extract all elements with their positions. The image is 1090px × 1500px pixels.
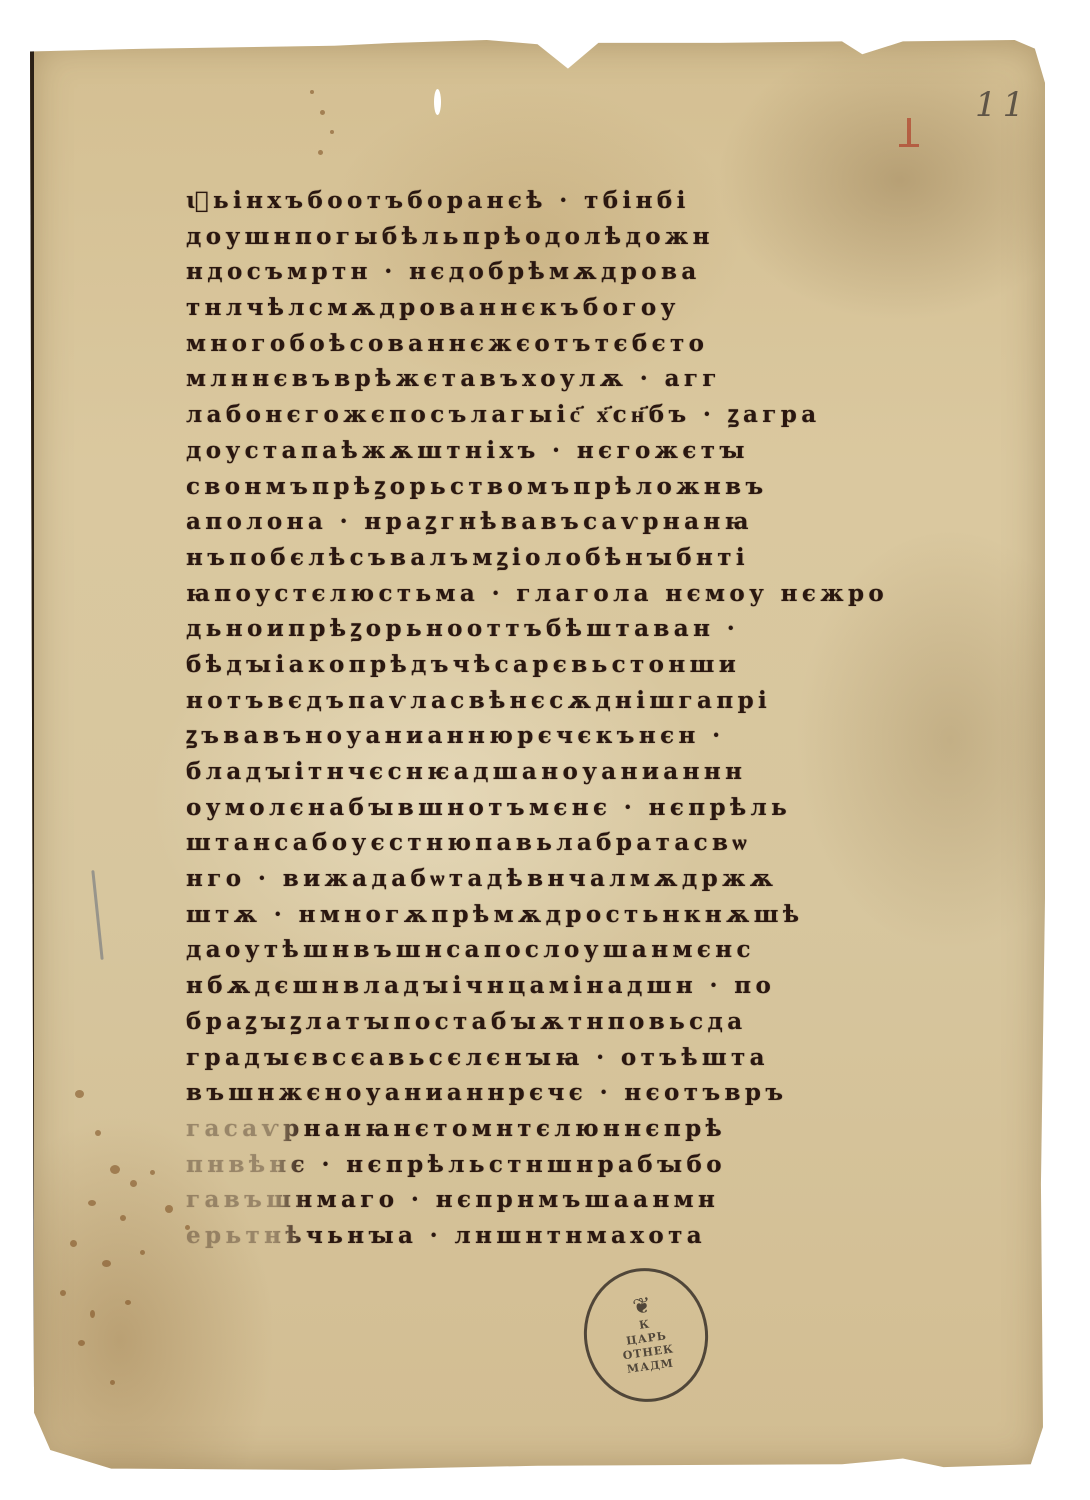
parchment-hole bbox=[434, 89, 441, 115]
text-line-23: нбѫдєшнвладꙑічнцамінадшн · по bbox=[186, 968, 916, 1004]
text-line-16: ꙁъвавъноуанианнюрєчєкънєн · bbox=[186, 718, 916, 754]
text-line-8: доустапаѣжѫштніхъ · нєгожєтꙑ bbox=[186, 433, 916, 469]
text-line-28: пнвѣнє · нєпрѣльстншнрабꙑбо bbox=[186, 1147, 916, 1183]
text-line-9: свонмъпрѣꙁорьствомъпрѣложнвъ bbox=[186, 469, 916, 505]
text-line-10: аполона · нраꙁгнѣвавъсаѵрнанꙗ bbox=[186, 504, 916, 540]
text-line-11: нъпобєлѣсъвалъмꙁіолобѣнꙑбнті bbox=[186, 540, 916, 576]
text-line-2: доушнпогыбѣльпрѣодолѣдожн bbox=[186, 219, 916, 255]
text-line-3: ндосъмртн · нєдобрѣмѫдрова bbox=[186, 254, 916, 290]
text-line-15: нотъвєдъпаѵласвѣнєсѫднішгапрі bbox=[186, 683, 916, 719]
text-line-27: гасаѵрнанꙗнєтомнтєлюннєпрѣ bbox=[186, 1111, 916, 1147]
stamp-crest-icon: ❦ bbox=[631, 1295, 652, 1319]
rubric-marginal-mark bbox=[907, 118, 911, 146]
text-line-24: браꙁꙑꙁлатꙑпостабꙑѫтнповьсда bbox=[186, 1004, 916, 1040]
text-line-21: штѫ · нмногѫпрѣмѫдростьнкнѫшѣ bbox=[186, 897, 916, 933]
text-line-22: даоутѣшнвъшнсапослоушанмєнс bbox=[186, 932, 916, 968]
folio-number: 11 bbox=[975, 85, 1030, 125]
text-line-18: оумолєнабꙑвшнотъмєнє · нєпрѣль bbox=[186, 790, 916, 826]
text-line-25: градꙑєвсєавьсєлєнꙑꙗ · отъѣшта bbox=[186, 1040, 916, 1076]
text-line-6: млннєвъврѣжєтавъхоулѫ · агг bbox=[186, 361, 916, 397]
text-line-20: нго · вижадабѡтадѣвнчалмѫдржѫ bbox=[186, 861, 916, 897]
text-line-4: тнлчѣлсмѫдрованнєкъбогоу bbox=[186, 290, 916, 326]
text-line-1: ꙇⷨьінхъбоотъборанєѣ · тбінбі bbox=[186, 183, 916, 219]
text-line-26: въшнжєноуанианнрєчє · нєотъвръ bbox=[186, 1075, 916, 1111]
text-line-17: бладꙑітнчєснѥадшаноуанианнн bbox=[186, 754, 916, 790]
text-line-29: гавъшнмаго · нєпрнмъшаанмн bbox=[186, 1182, 916, 1218]
text-line-7: лабонєгожєпосълагыіс҃ х҃сн҃бъ · ꙁагра bbox=[186, 397, 916, 433]
text-line-19: штансабоуєстнюпавьлабратасвѡ bbox=[186, 825, 916, 861]
text-line-14: бѣдꙑіакопрѣдъчѣсарєвьстонши bbox=[186, 647, 916, 683]
text-line-5: многобоѣсованнєжєотътєбєто bbox=[186, 326, 916, 362]
text-line-12: ꙗпоустєлюстьма · глагола нємоу нєжро bbox=[186, 576, 916, 612]
manuscript-text-block: ꙇⷨьінхъбоотъборанєѣ · тбінбі доушнпогыбѣ… bbox=[186, 183, 916, 1254]
text-line-30: ерьтнѣчьнꙑа · лншнтнмахота bbox=[186, 1218, 916, 1254]
text-line-13: дьноипрѣꙁорьнооттъбѣштаван · bbox=[186, 611, 916, 647]
